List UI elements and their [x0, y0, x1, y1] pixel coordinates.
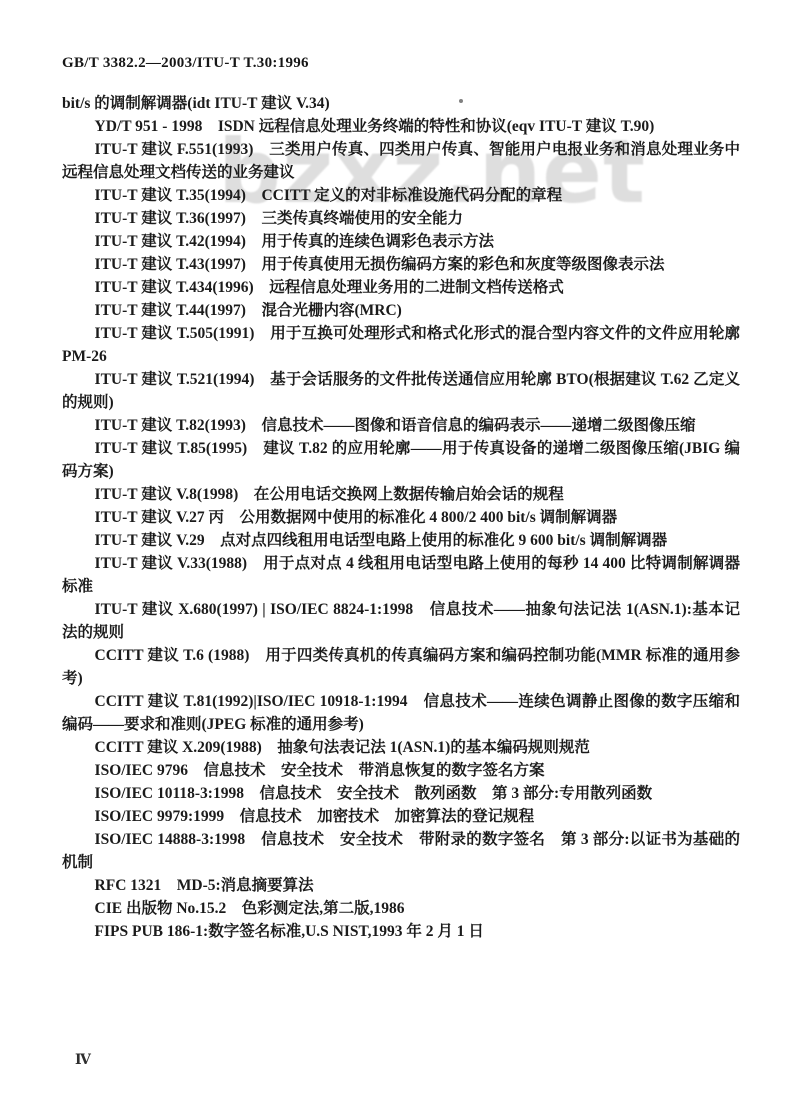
reference-item: ISO/IEC 14888-3:1998 信息技术 安全技术 带附录的数字签名 … — [62, 828, 740, 874]
page-number: Ⅳ — [75, 1052, 91, 1069]
reference-item: FIPS PUB 186-1:数字签名标准,U.S NIST,1993 年 2 … — [62, 920, 740, 943]
reference-item: ITU-T 建议 T.82(1993) 信息技术——图像和语音信息的编码表示——… — [62, 414, 740, 437]
reference-item: CCITT 建议 X.209(1988) 抽象句法表记法 1(ASN.1)的基本… — [62, 736, 740, 759]
reference-item: ITU-T 建议 T.434(1996) 远程信息处理业务用的二进制文档传送格式 — [62, 276, 740, 299]
reference-item: ISO/IEC 9796 信息技术 安全技术 带消息恢复的数字签名方案 — [62, 759, 740, 782]
reference-item: ITU-T 建议 V.27 丙 公用数据网中使用的标准化 4 800/2 400… — [62, 506, 740, 529]
reference-item: ITU-T 建议 F.551(1993) 三类用户传真、四类用户传真、智能用户电… — [62, 138, 740, 184]
reference-item: CCITT 建议 T.6 (1988) 用于四类传真机的传真编码方案和编码控制功… — [62, 644, 740, 690]
reference-item: ITU-T 建议 X.680(1997) | ISO/IEC 8824-1:19… — [62, 598, 740, 644]
references-list: bit/s 的调制解调器(idt ITU-T 建议 V.34)YD/T 951 … — [62, 92, 740, 943]
reference-item: bit/s 的调制解调器(idt ITU-T 建议 V.34) — [62, 92, 740, 115]
reference-item: CCITT 建议 T.81(1992)|ISO/IEC 10918-1:1994… — [62, 690, 740, 736]
reference-item: ITU-T 建议 T.521(1994) 基于会话服务的文件批传送通信应用轮廓 … — [62, 368, 740, 414]
document-page: bzxz.net GB/T 3382.2—2003/ITU-T T.30:199… — [0, 0, 800, 1120]
reference-item: CIE 出版物 No.15.2 色彩测定法,第二版,1986 — [62, 897, 740, 920]
reference-item: ITU-T 建议 T.35(1994) CCITT 定义的对非标准设施代码分配的… — [62, 184, 740, 207]
reference-item: ITU-T 建议 T.42(1994) 用于传真的连续色调彩色表示方法 — [62, 230, 740, 253]
reference-item: ITU-T 建议 V.29 点对点四线租用电话型电路上使用的标准化 9 600 … — [62, 529, 740, 552]
reference-item: ISO/IEC 9979:1999 信息技术 加密技术 加密算法的登记规程 — [62, 805, 740, 828]
document-header: GB/T 3382.2—2003/ITU-T T.30:1996 — [62, 55, 309, 72]
reference-item: ITU-T 建议 T.44(1997) 混合光栅内容(MRC) — [62, 299, 740, 322]
reference-item: ITU-T 建议 T.85(1995) 建议 T.82 的应用轮廓——用于传真设… — [62, 437, 740, 483]
reference-item: ITU-T 建议 T.43(1997) 用于传真使用无损伤编码方案的彩色和灰度等… — [62, 253, 740, 276]
reference-item: ITU-T 建议 T.505(1991) 用于互换可处理形式和格式化形式的混合型… — [62, 322, 740, 368]
reference-item: ITU-T 建议 V.8(1998) 在公用电话交换网上数据传输启始会话的规程 — [62, 483, 740, 506]
reference-item: RFC 1321 MD-5:消息摘要算法 — [62, 874, 740, 897]
reference-item: ITU-T 建议 V.33(1988) 用于点对点 4 线租用电话型电路上使用的… — [62, 552, 740, 598]
reference-item: ISO/IEC 10118-3:1998 信息技术 安全技术 散列函数 第 3 … — [62, 782, 740, 805]
reference-item: ITU-T 建议 T.36(1997) 三类传真终端使用的安全能力 — [62, 207, 740, 230]
reference-item: YD/T 951 - 1998 ISDN 远程信息处理业务终端的特性和协议(eq… — [62, 115, 740, 138]
